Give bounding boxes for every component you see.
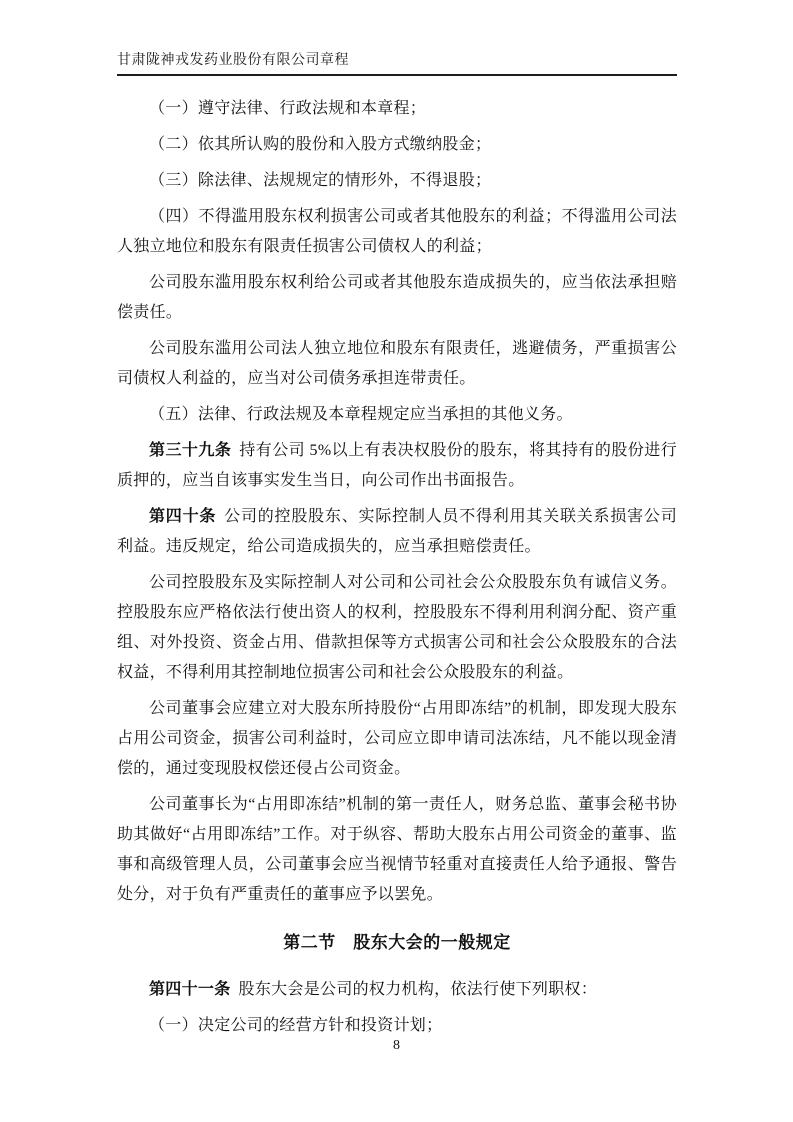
paragraph-text: 公司股东滥用公司法人独立地位和股东有限责任，逃避债务，严重损害公司债权人利益的，… <box>117 340 677 387</box>
list-item-1: （一）遵守法律、行政法规和本章程； <box>117 94 677 124</box>
paragraph-text: 公司董事会应建立对大股东所持股份“占用即冻结”的机制，即发现大股东占用公司资金，… <box>117 700 677 777</box>
page-number: 8 <box>393 1038 400 1053</box>
paragraph: 公司控股股东及实际控制人对公司和公司社会公众股股东负有诚信义务。控股股东应严格依… <box>117 568 677 688</box>
paragraph-text: （一）决定公司的经营方针和投资计划； <box>149 1017 442 1034</box>
paragraph-text: （一）遵守法律、行政法规和本章程； <box>149 100 426 117</box>
article-number: 第三十九条 <box>149 442 231 459</box>
list-item-5: （五）法律、行政法规及本章程规定应当承担的其他义务。 <box>117 400 677 430</box>
paragraph-text: 公司股东滥用股东权利给公司或者其他股东造成损失的，应当依法承担赔偿责任。 <box>117 274 677 321</box>
paragraph-text: （三）除法律、法规规定的情形外，不得退股； <box>149 172 491 189</box>
document-page: 甘肃陇神戎发药业股份有限公司章程 （一）遵守法律、行政法规和本章程； （二）依其… <box>0 0 793 1122</box>
paragraph: 公司股东滥用股东权利给公司或者其他股东造成损失的，应当依法承担赔偿责任。 <box>117 268 677 328</box>
header-title: 甘肃陇神戎发药业股份有限公司章程 <box>117 53 349 68</box>
list-item-1b: （一）决定公司的经营方针和投资计划； <box>117 1011 677 1041</box>
paragraph: 公司董事会应建立对大股东所持股份“占用即冻结”的机制，即发现大股东占用公司资金，… <box>117 694 677 784</box>
paragraph-text: 公司控股股东及实际控制人对公司和公司社会公众股股东负有诚信义务。控股股东应严格依… <box>117 574 677 681</box>
paragraph-text: （四）不得滥用股东权利损害公司或者其他股东的利益；不得滥用公司法人独立地位和股东… <box>117 208 677 255</box>
paragraph-text: （五）法律、行政法规及本章程规定应当承担的其他义务。 <box>149 406 573 423</box>
page-header: 甘肃陇神戎发药业股份有限公司章程 <box>117 49 677 76</box>
paragraph: 公司股东滥用公司法人独立地位和股东有限责任，逃避债务，严重损害公司债权人利益的，… <box>117 334 677 394</box>
article-number: 第四十条 <box>149 508 216 525</box>
list-item-3: （三）除法律、法规规定的情形外，不得退股； <box>117 166 677 196</box>
article-40: 第四十条公司的控股股东、实际控制人员不得利用其关联关系损害公司利益。违反规定，给… <box>117 502 677 562</box>
paragraph-text: （二）依其所认购的股份和入股方式缴纳股金； <box>149 136 491 153</box>
section-heading: 第二节 股东大会的一般规定 <box>117 928 677 958</box>
article-41: 第四十一条股东大会是公司的权力机构，依法行使下列职权： <box>117 975 677 1005</box>
page-footer: 8 <box>0 1038 793 1054</box>
document-body: （一）遵守法律、行政法规和本章程； （二）依其所认购的股份和入股方式缴纳股金； … <box>117 94 677 1041</box>
article-number: 第四十一条 <box>149 981 231 998</box>
list-item-4: （四）不得滥用股东权利损害公司或者其他股东的利益；不得滥用公司法人独立地位和股东… <box>117 202 677 262</box>
article-39: 第三十九条持有公司 5%以上有表决权股份的股东，将其持有的股份进行质押的，应当自… <box>117 436 677 496</box>
paragraph-text: 股东大会是公司的权力机构，依法行使下列职权： <box>239 981 598 998</box>
paragraph: 公司董事长为“占用即冻结”机制的第一责任人，财务总监、董事会秘书协助其做好“占用… <box>117 790 677 910</box>
paragraph-text: 公司董事长为“占用即冻结”机制的第一责任人，财务总监、董事会秘书协助其做好“占用… <box>117 796 677 903</box>
list-item-2: （二）依其所认购的股份和入股方式缴纳股金； <box>117 130 677 160</box>
